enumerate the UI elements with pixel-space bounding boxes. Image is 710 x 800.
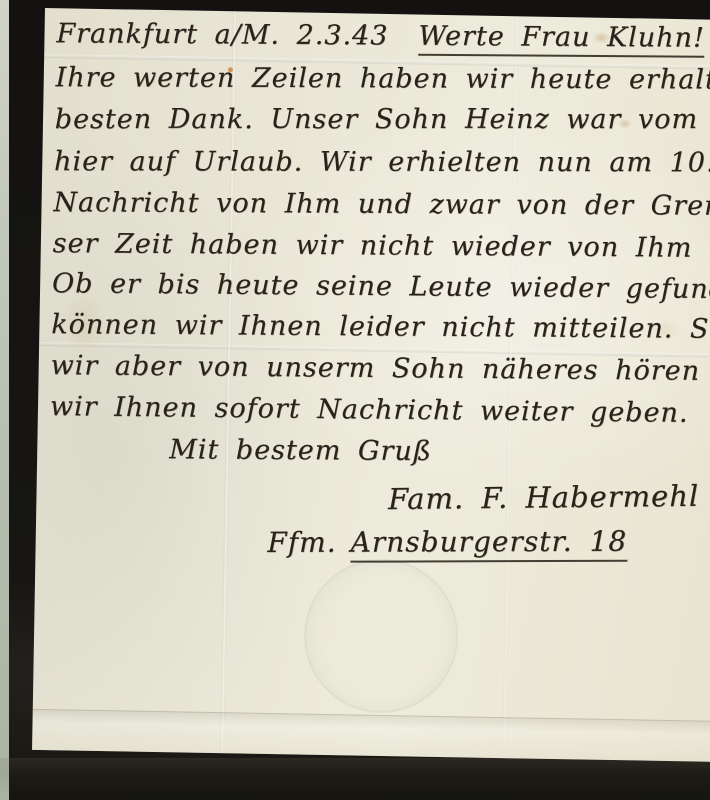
letter-address-city: Ffm. (267, 526, 336, 559)
letter-headline: Frankfurt a/M. 2.3.43Werte Frau Kluhn! (56, 18, 705, 54)
letter-paper: Frankfurt a/M. 2.3.43Werte Frau Kluhn! I… (32, 8, 710, 763)
letter-line: hier auf Urlaub. Wir erhielten nun am 10… (54, 146, 710, 178)
scanner-edge-strip (0, 0, 9, 800)
letter-address-line: Ffm.Arnsburgerstr. 18 (267, 525, 627, 559)
letter-line: Ihre werten Zeilen haben wir heute erhal… (56, 62, 710, 96)
letter-line: besten Dank. Unser Sohn Heinz war vom 16… (55, 104, 710, 135)
scanned-letter-photo: { "document": { "kind": "handwritten-let… (0, 0, 710, 800)
letter-greeting: Werte Frau Kluhn! (418, 21, 705, 58)
letter-line: können wir Ihnen leider nicht mitteilen.… (51, 309, 710, 345)
letter-line: wir Ihnen sofort Nachricht weiter geben. (50, 391, 689, 429)
letter-line: wir aber von unserm Sohn näheres hören w… (50, 350, 710, 388)
letter-line: ser Zeit haben wir nicht wieder von Ihm … (53, 228, 710, 264)
letter-closing: Mit bestem Gruß (169, 434, 432, 467)
mount-glare (0, 758, 710, 800)
letter-address: Arnsburgerstr. 18 (351, 525, 628, 563)
letter-signature: Fam. F. Habermehl (388, 479, 700, 516)
letter-line: Nachricht von Ihm und zwar von der Grenz… (53, 187, 710, 222)
embossed-seal (303, 558, 460, 715)
letter-line: Ob er bis heute seine Leute wieder gefun… (52, 268, 710, 306)
letter-date: Frankfurt a/M. 2.3.43 (56, 18, 388, 51)
fold-crease-bottom-flap (32, 709, 710, 763)
